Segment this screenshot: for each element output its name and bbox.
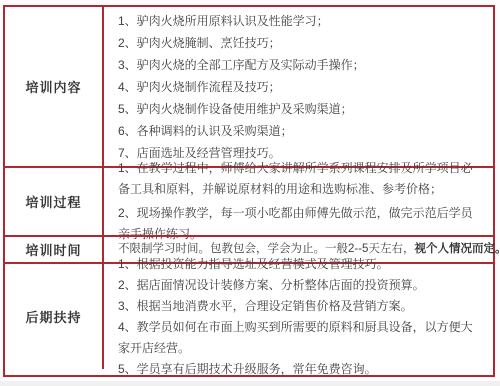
row-label-training-content: 培训内容 — [5, 7, 104, 166]
training-content-list: 1、驴肉火烧所用原料认识及性能学习； 2、驴肉火烧腌制、烹饪技巧； 3、驴肉火烧… — [104, 7, 493, 166]
row-label-training-process: 培训过程 — [5, 168, 104, 235]
row-label-training-time: 培训时间 — [5, 237, 104, 262]
list-item: 4、教学员如何在市面上购买到所需要的原料和厨具设备，以方便大家开店经营。 — [118, 317, 483, 359]
list-item: 6、各种调料的认识及采购渠道； — [118, 120, 483, 142]
row-training-process: 培训过程 1、在教学过程中，师傅给大家讲解所学系列课程安排及所学项目必备工具和原… — [5, 166, 493, 235]
list-item: 4、驴肉火烧制作流程及技巧； — [118, 76, 483, 98]
row-label-later-support: 后期扶持 — [5, 264, 104, 369]
page: 培训内容 1、驴肉火烧所用原料认识及性能学习； 2、驴肉火烧腌制、烹饪技巧； 3… — [0, 0, 500, 386]
training-process-list: 1、在教学过程中，师傅给大家讲解所学系列课程安排及所学项目必备工具和原料，并解说… — [104, 168, 493, 235]
later-support-list: 1、根据投资能力指导选址及经营模式及管理技巧。 2、据店面情况设计装修方案、分析… — [104, 264, 493, 369]
list-item: 2、据店面情况设计装修方案、分析整体店面的投资预算。 — [118, 275, 483, 296]
list-item: 1、根据投资能力指导选址及经营模式及管理技巧。 — [118, 254, 483, 275]
list-item: 3、驴肉火烧的全部工序配方及实际动手操作； — [118, 54, 483, 76]
row-later-support: 后期扶持 1、根据投资能力指导选址及经营模式及管理技巧。 2、据店面情况设计装修… — [5, 262, 493, 369]
list-item: 1、在教学过程中，师傅给大家讲解所学系列课程安排及所学项目必备工具和原料，并解说… — [118, 158, 483, 200]
list-item: 5、驴肉火烧制作设备使用维护及采购渠道； — [118, 98, 483, 120]
list-item: 1、驴肉火烧所用原料认识及性能学习； — [118, 10, 483, 32]
list-item: 2、驴肉火烧腌制、烹饪技巧； — [118, 32, 483, 54]
training-info-table: 培训内容 1、驴肉火烧所用原料认识及性能学习； 2、驴肉火烧腌制、烹饪技巧； 3… — [3, 5, 495, 377]
list-item: 5、学员享有后期技术升级服务，常年免费咨询。 — [118, 359, 483, 380]
list-item: 3、根据当地消费水平，合理设定销售价格及营销方案。 — [118, 296, 483, 317]
row-training-content: 培训内容 1、驴肉火烧所用原料认识及性能学习； 2、驴肉火烧腌制、烹饪技巧； 3… — [5, 7, 493, 166]
